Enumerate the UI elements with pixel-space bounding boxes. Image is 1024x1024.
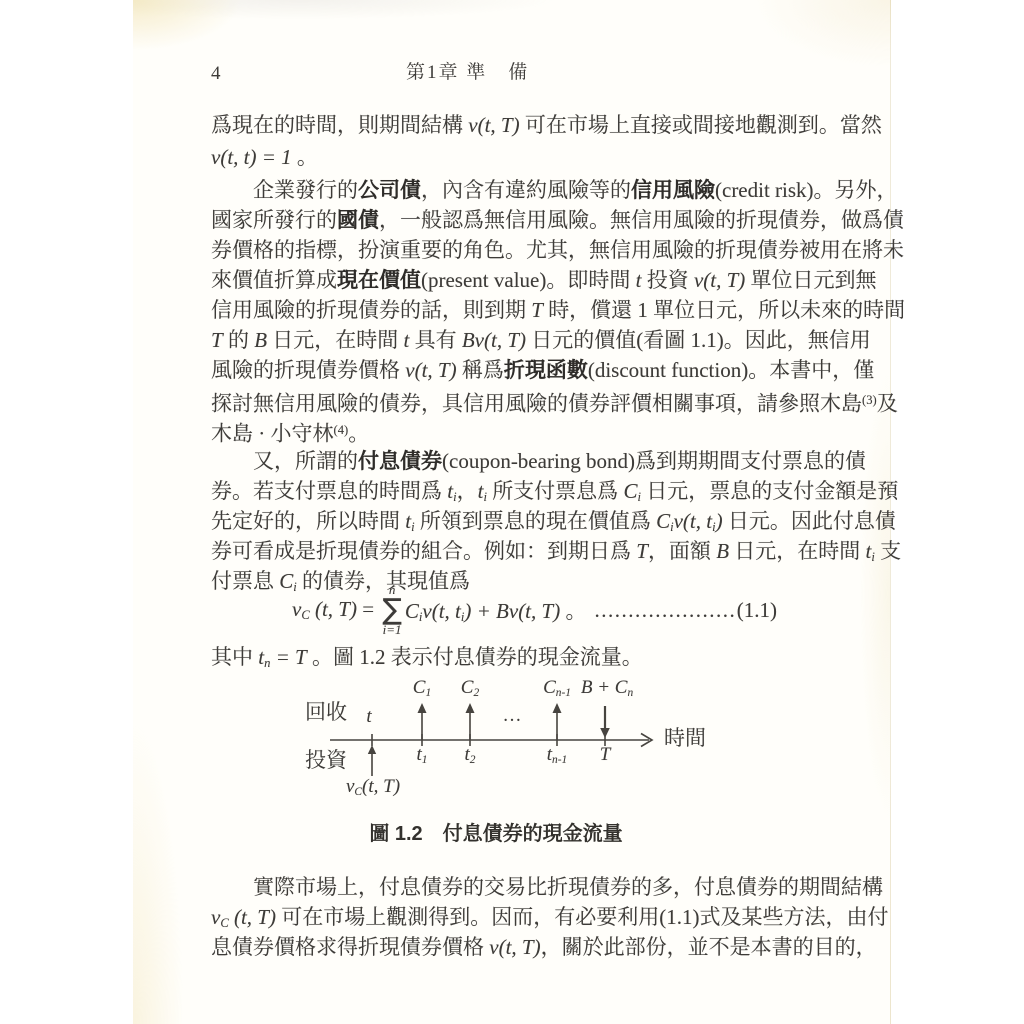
equation-1-1: vC (t, T) = n ∑ i=1 Civ(t, ti) + Bv(t, T… bbox=[211, 581, 777, 639]
text-line: 來價值折算成現在價值(present value)。即時間 t 投資 v(t, … bbox=[211, 265, 815, 295]
text-line: 券可看成是折現債券的組合。例如：到期日爲 T，面額 B 日元，在時間 ti 支 bbox=[211, 536, 815, 566]
equation-dot-leader: ........................................… bbox=[594, 598, 733, 623]
coupon-label-c1: C1 bbox=[413, 677, 431, 704]
paragraph-2: 企業發行的公司債，內含有違約風險等的信用風險(credit risk)。另外， … bbox=[211, 175, 815, 445]
receive-label: 回收 bbox=[305, 701, 347, 723]
text-line: 先定好的，所以時間 ti 所領到票息的現在價值爲 Civ(t, ti) 日元。因… bbox=[211, 506, 815, 536]
book-page: 4 第1章 準 備 爲現在的時間，則期間結構 v(t, T) 可在市場上直接或間… bbox=[133, 0, 891, 1024]
text-line: T 的 B 日元，在時間 t 具有 Bv(t, T) 日元的價值(看圖 1.1)… bbox=[211, 325, 815, 355]
coupon-label-cn1: Cn-1 bbox=[543, 677, 571, 704]
page-number: 4 bbox=[211, 62, 221, 86]
figure-caption: 圖 1.2 付息債券的現金流量 bbox=[211, 820, 781, 848]
text-line: 木島 · 小守林(4)。 bbox=[211, 415, 815, 445]
paragraph-1: 爲現在的時間，則期間結構 v(t, T) 可在市場上直接或間接地觀測到。當然 v… bbox=[211, 109, 815, 173]
text-line: 探討無信用風險的債券，具信用風險的債券評價相關事項，請參照木島(3)及 bbox=[211, 385, 815, 415]
text-line: v(t, t) = 1 。 bbox=[211, 141, 815, 173]
paragraph-3: 又，所謂的付息債券(coupon-bearing bond)爲到期期間支付票息的… bbox=[211, 446, 815, 596]
invest-price-label: vC(t, T) bbox=[346, 776, 400, 803]
tick-label-t1: t1 bbox=[417, 744, 428, 771]
text-line: vC (t, T) 可在市場上觀測得到。因而，有必要利用(1.1)式及某些方法，… bbox=[211, 902, 815, 932]
invest-label: 投資 bbox=[305, 749, 347, 771]
equation-lhs: vC (t, T) = bbox=[292, 597, 379, 623]
text-line: 國家所發行的國債，一般認爲無信用風險。無信用風險的折現債券，做爲債 bbox=[211, 205, 815, 235]
tick-label-tn1: tn-1 bbox=[547, 744, 567, 771]
ellipsis-label: … bbox=[503, 705, 522, 727]
paragraph-4: 實際市場上，付息債券的交易比折現債券的多，付息債券的期間結構 vC (t, T)… bbox=[211, 872, 815, 962]
equation-rhs: Civ(t, ti) + Bv(t, T) 。 bbox=[405, 595, 587, 625]
summation-symbol: n ∑ i=1 bbox=[382, 584, 402, 636]
coupon-label-c2: C2 bbox=[461, 677, 479, 704]
chapter-header: 第1章 準 備 bbox=[406, 61, 529, 85]
tick-label-T: T bbox=[600, 744, 611, 766]
text-line: 又，所謂的付息債券(coupon-bearing bond)爲到期期間支付票息的… bbox=[211, 446, 815, 476]
text-line: 企業發行的公司債，內含有違約風險等的信用風險(credit risk)。另外， bbox=[211, 175, 815, 205]
text-line: 實際市場上，付息債券的交易比折現債券的多，付息債券的期間結構 bbox=[211, 872, 815, 902]
paragraph-after-formula: 其中 tn = T 。圖 1.2 表示付息債券的現金流量。 bbox=[211, 642, 815, 672]
text-line: 信用風險的折現債券的話，則到期 T 時，償還 1 單位日元，所以未來的時間 bbox=[211, 295, 815, 325]
text-line: 爲現在的時間，則期間結構 v(t, T) 可在市場上直接或間接地觀測到。當然 bbox=[211, 109, 815, 141]
text-line: 券價格的指標，扮演重要的角色。尤其，無信用風險的折現債券被用在將未 bbox=[211, 235, 815, 265]
text-line: 券。若支付票息的時間爲 ti，ti 所支付票息爲 Ci 日元，票息的支付金額是預 bbox=[211, 476, 815, 506]
text-line: 其中 tn = T 。圖 1.2 表示付息債券的現金流量。 bbox=[211, 642, 815, 672]
text-line: 風險的折現債券價格 v(t, T) 稱爲折現函數(discount functi… bbox=[211, 355, 815, 385]
text-line: 息債券價格求得折現債券價格 v(t, T)，關於此部份，並不是本書的目的， bbox=[211, 932, 815, 962]
tick-label-t: t bbox=[366, 706, 371, 728]
time-axis-label: 時間 bbox=[664, 727, 706, 749]
redemption-label-bcn: B + Cn bbox=[581, 677, 633, 704]
tick-label-t2: t2 bbox=[465, 744, 476, 771]
equation-number: (1.1) bbox=[737, 598, 777, 623]
